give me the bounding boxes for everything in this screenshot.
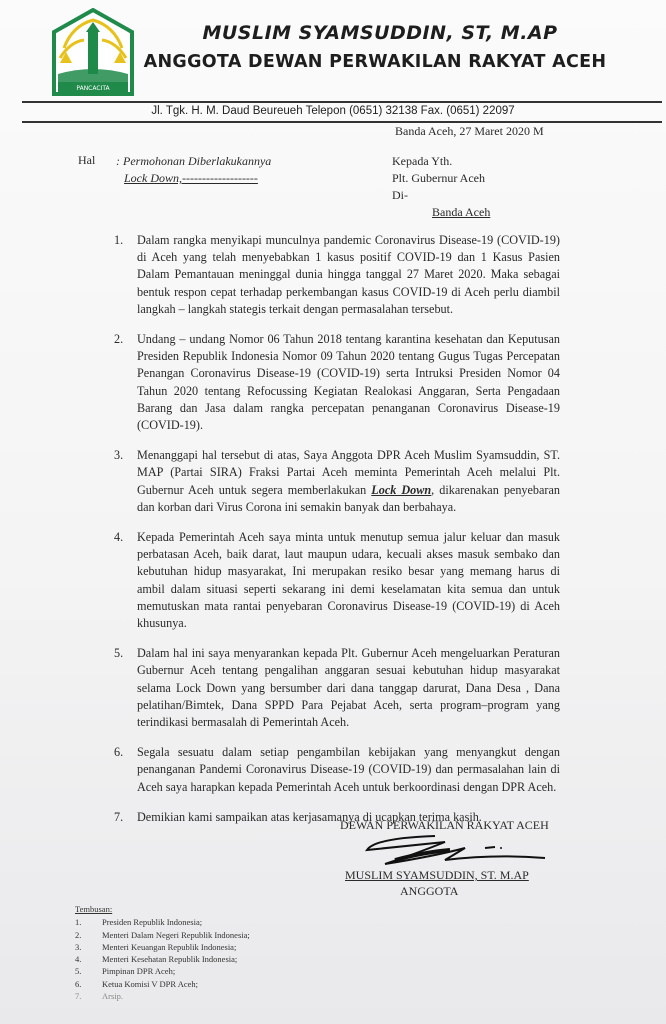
carbon-copy-title: Tembusan:	[75, 903, 250, 915]
item-text: Kepada Pemerintah Aceh saya minta untuk …	[137, 529, 560, 632]
list-item: 3. Menanggapi hal tersebut di atas, Saya…	[114, 447, 560, 516]
cc-item: 3.Menteri Keuangan Republik Indonesia;	[75, 941, 250, 953]
letterhead-organization: ANGGOTA DEWAN PERWAKILAN RAKYAT ACEH	[140, 52, 610, 72]
cc-item: 1.Presiden Republik Indonesia;	[75, 916, 250, 928]
subject-line-1: : Permohonan Diberlakukannya	[116, 153, 271, 170]
cc-item: 2.Menteri Dalam Negeri Republik Indonesi…	[75, 929, 250, 941]
subject-value: : Permohonan Diberlakukannya Lock Down,-…	[116, 153, 271, 187]
recipient-city: Banda Aceh	[392, 205, 490, 219]
subject-line-2: Lock Down,-------------------	[124, 171, 258, 185]
item-text: Menanggapi hal tersebut di atas, Saya An…	[137, 447, 560, 516]
list-item: 4. Kepada Pemerintah Aceh saya minta unt…	[114, 529, 560, 632]
item-text: Segala sesuatu dalam setiap pengambilan …	[137, 744, 560, 796]
signatory-role: ANGGOTA	[400, 884, 458, 899]
recipient-di: Di-	[392, 187, 490, 204]
svg-text:PANCACITA: PANCACITA	[76, 85, 110, 92]
divider-top	[22, 101, 662, 103]
letter-body-list: 1. Dalam rangka menyikapi munculnya pand…	[114, 232, 560, 839]
item-number: 2.	[114, 331, 137, 434]
handwritten-signature-icon	[355, 830, 555, 870]
item-text: Dalam rangka menyikapi munculnya pandemi…	[137, 232, 560, 318]
list-item: 5. Dalam hal ini saya menyarankan kepada…	[114, 645, 560, 731]
item-number: 3.	[114, 447, 137, 516]
item-number: 5.	[114, 645, 137, 731]
item-number: 4.	[114, 529, 137, 632]
signatory-name: MUSLIM SYAMSUDDIN, ST. M.AP	[345, 868, 529, 883]
item-number: 7.	[114, 809, 137, 826]
list-item: 6. Segala sesuatu dalam setiap pengambil…	[114, 744, 560, 796]
cc-item: 6.Ketua Komisi V DPR Aceh;	[75, 978, 250, 990]
divider-bottom	[22, 121, 662, 123]
item-text: Dalam hal ini saya menyarankan kepada Pl…	[137, 645, 560, 731]
date-line: Banda Aceh, 27 Maret 2020 M	[395, 124, 544, 139]
letterhead-name: MUSLIM SYAMSUDDIN, ST, M.AP	[190, 22, 570, 44]
cc-item: 4.Menteri Kesehatan Republik Indonesia;	[75, 953, 250, 965]
aceh-pancacita-emblem-icon: PANCACITA	[50, 8, 136, 96]
cc-item: 7.Arsip.	[75, 990, 250, 1002]
item-number: 1.	[114, 232, 137, 318]
carbon-copy-block: Tembusan: 1.Presiden Republik Indonesia;…	[75, 903, 250, 1002]
recipient-block: Kepada Yth. Plt. Gubernur Aceh Di- Banda…	[392, 153, 490, 221]
list-item: 1. Dalam rangka menyikapi munculnya pand…	[114, 232, 560, 318]
cc-item: 5.Pimpinan DPR Aceh;	[75, 965, 250, 977]
item-number: 6.	[114, 744, 137, 796]
lockdown-emphasis: Lock Down	[371, 483, 431, 497]
list-item: 2. Undang – undang Nomor 06 Tahun 2018 t…	[114, 331, 560, 434]
item-text: Undang – undang Nomor 06 Tahun 2018 tent…	[137, 331, 560, 434]
recipient-salutation: Kepada Yth.	[392, 153, 490, 170]
subject-label: Hal	[78, 153, 95, 168]
recipient-title: Plt. Gubernur Aceh	[392, 170, 490, 187]
letterhead-address: Jl. Tgk. H. M. Daud Beureueh Telepon (06…	[0, 105, 666, 117]
